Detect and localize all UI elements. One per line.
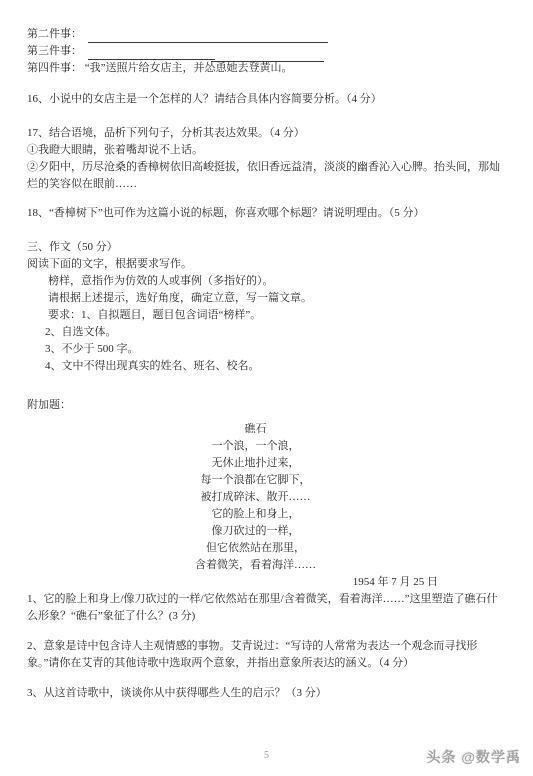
bonus-section-label: 附加题： (27, 397, 506, 414)
page-content: 第二件事： 第三件事： 第四件事： “我”送照片给女店主，并怂恿她去登黄山。 1… (27, 26, 506, 702)
poem-line: 含着微笑，看着海洋…… (27, 557, 484, 574)
fill-item-3-blank-line-1 (88, 46, 215, 60)
fill-item-2: 第二件事： (27, 26, 506, 43)
essay-requirement-3: 3、不少于 500 字。 (27, 341, 506, 358)
essay-requirement-2: 2、自选文体。 (27, 324, 506, 341)
essay-requirement-4: 4、文中不得出现真实的姓名、班名、校名。 (27, 358, 506, 375)
poem-line: 每一个浪都在它脚下， (27, 472, 484, 489)
poem-line: 被打成碎沫、散开…… (27, 489, 484, 506)
essay-requirement-1: 要求：1、自拟题目，题目包含词语“榜样”。 (27, 307, 506, 324)
question-18: 18、“香樟树下”也可作为这篇小说的标题，你喜欢哪个标题？请说明理由。（5 分） (27, 205, 506, 222)
exam-paper-page: 第二件事： 第三件事： 第四件事： “我”送照片给女店主，并怂恿她去登黄山。 1… (0, 0, 533, 776)
fill-item-4-text: “我”送照片给女店主，并怂恿她去登黄山。 (85, 62, 293, 74)
poem-title: 礁石 (27, 421, 506, 438)
fill-item-4: 第四件事： “我”送照片给女店主，并怂恿她去登黄山。 (27, 60, 506, 77)
bonus-question-2: 2、意象是诗中包含诗人主观情感的事物。艾青说过：“写诗的人常常为表达一个观念而寻… (27, 638, 506, 672)
question-17-sentence-1: ①我瞪大眼睛，张着嘴却说不上话。 (27, 142, 506, 159)
poem-body: 一个浪，一个浪， 无休止地扑过来， 每一个浪都在它脚下， 被打成碎沫、散开…… … (27, 438, 506, 574)
fill-item-3: 第三件事： (27, 43, 506, 60)
poem-line: 像刀砍过的一样， (27, 523, 484, 540)
fill-item-4-label: 第四件事： (27, 62, 82, 74)
poem-line: 一个浪，一个浪， (27, 438, 484, 455)
poem-date: 1954 年 7 月 25 日 (27, 574, 506, 591)
poem-line: 但它依然站在那里， (27, 540, 484, 557)
question-16: 16、小说中的女店主是一个怎样的人？请结合具体内容简要分析。（4 分） (27, 91, 506, 108)
fill-item-3-blank-line-2 (211, 48, 324, 62)
essay-guide: 请根据上述提示，选好角度，确定立意，写一篇文章。 (27, 290, 506, 307)
toutiao-watermark: 头条 @数学禹 (426, 749, 521, 766)
question-17: 17、结合语境，品析下列句子，分析其表达效果。（4 分） (27, 125, 506, 142)
poem-line: 它的脸上和身上， (27, 506, 484, 523)
fill-item-2-blank-line (88, 29, 328, 43)
fill-item-3-label: 第三件事： (27, 43, 82, 60)
poem-line: 无休止地扑过来， (27, 455, 484, 472)
essay-hint: 榜样，意指作为仿效的人或事例（多指好的）。 (27, 273, 506, 290)
fill-item-2-label: 第二件事： (27, 26, 82, 43)
bonus-question-3: 3、从这首诗歌中，谈谈你从中获得哪些人生的启示？（3 分） (27, 685, 506, 702)
question-17-sentence-2: ②夕阳中，历尽沧桑的香樟树依旧高峻挺拔，依旧香远益清，淡淡的幽香沁入心脾。抬头间… (27, 159, 506, 193)
bonus-question-1: 1、它的脸上和身上/像刀砍过的一样/它依然站在那里/含着微笑，看着海洋……”这里… (27, 591, 506, 625)
essay-intro: 阅读下面的文字，根据要求写作。 (27, 256, 506, 273)
essay-section-heading: 三、作文（50 分） (27, 239, 506, 256)
